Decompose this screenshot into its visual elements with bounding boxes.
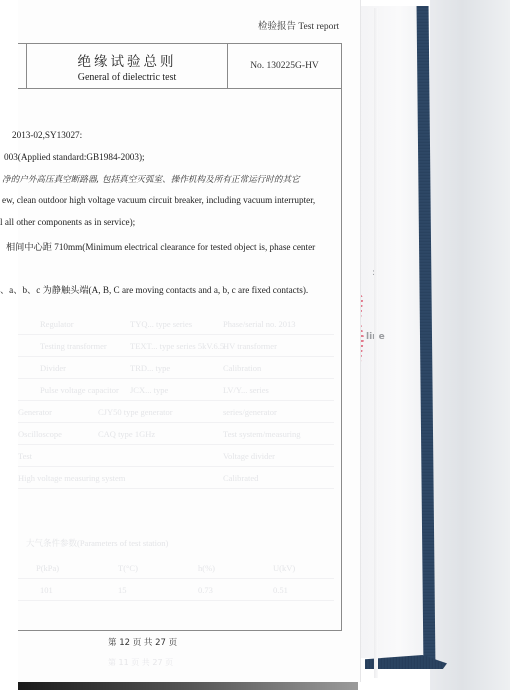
ghost-row: High voltage measuring system Calibrated <box>18 468 334 489</box>
page-edge <box>374 8 378 678</box>
ghost-row: Pulse voltage capacitor JCX... type LV/Y… <box>18 380 334 401</box>
ghost-row: Testing transformer TEXT... type series … <box>18 336 334 357</box>
ghost-row: Oscilloscope CAQ type 1GHz Test system/m… <box>18 424 334 445</box>
text-line: 净的户外高压真空断路器, 包括真空灭弧室、操作机构及所有正常运行时的其它 <box>2 173 300 185</box>
ghost-row: Generator CJY50 type generator series/ge… <box>18 402 334 423</box>
text-line: l all other components as in service); <box>0 217 135 227</box>
title-chinese: 绝缘试验总则 <box>27 50 227 70</box>
report-header-label: 检验报告 Test report <box>258 18 339 32</box>
text-line: 、a、b、c 为静触头端(A, B, C are moving contacts… <box>0 282 308 296</box>
text-line: 003(Applied standard:GB1984-2003); <box>4 152 145 162</box>
page-frame: 绝缘试验总则 General of dielectric test No. 13… <box>18 43 342 631</box>
page-number-footer: 第 12 页 共 27 页 <box>108 636 177 648</box>
report-number: No. 130225G-HV <box>228 44 341 88</box>
text-line: 相间中心距 710mm(Minimum electrical clearance… <box>6 239 315 253</box>
ghost-row: Regulator TYQ... type series Phase/seria… <box>18 314 334 335</box>
ghost-param-values: 101 15 0.73 0.51 <box>18 580 334 601</box>
ghost-row: Test Voltage divider <box>18 446 334 467</box>
title-cell: 绝缘试验总则 General of dielectric test <box>26 44 228 88</box>
title-row: 绝缘试验总则 General of dielectric test No. 13… <box>18 44 341 89</box>
scanner-background <box>430 0 510 690</box>
ghost-param-labels: P(kPa) T(°C) h(%) U(kV) <box>18 558 334 579</box>
report-page: 检验报告 Test report 绝缘试验总则 General of diele… <box>18 0 360 682</box>
ghost-row: Divider TRD... type Calibration <box>18 358 334 379</box>
title-english: General of dielectric test <box>27 72 227 83</box>
text-line: ew, clean outdoor high voltage vacuum ci… <box>2 195 315 205</box>
text-line: 2013-02,SY13027: <box>12 130 82 140</box>
ghost-footer: 第 11 页 共 27 页 <box>108 657 173 668</box>
ghost-heading: 大气条件参数(Parameters of test station) <box>26 537 168 549</box>
